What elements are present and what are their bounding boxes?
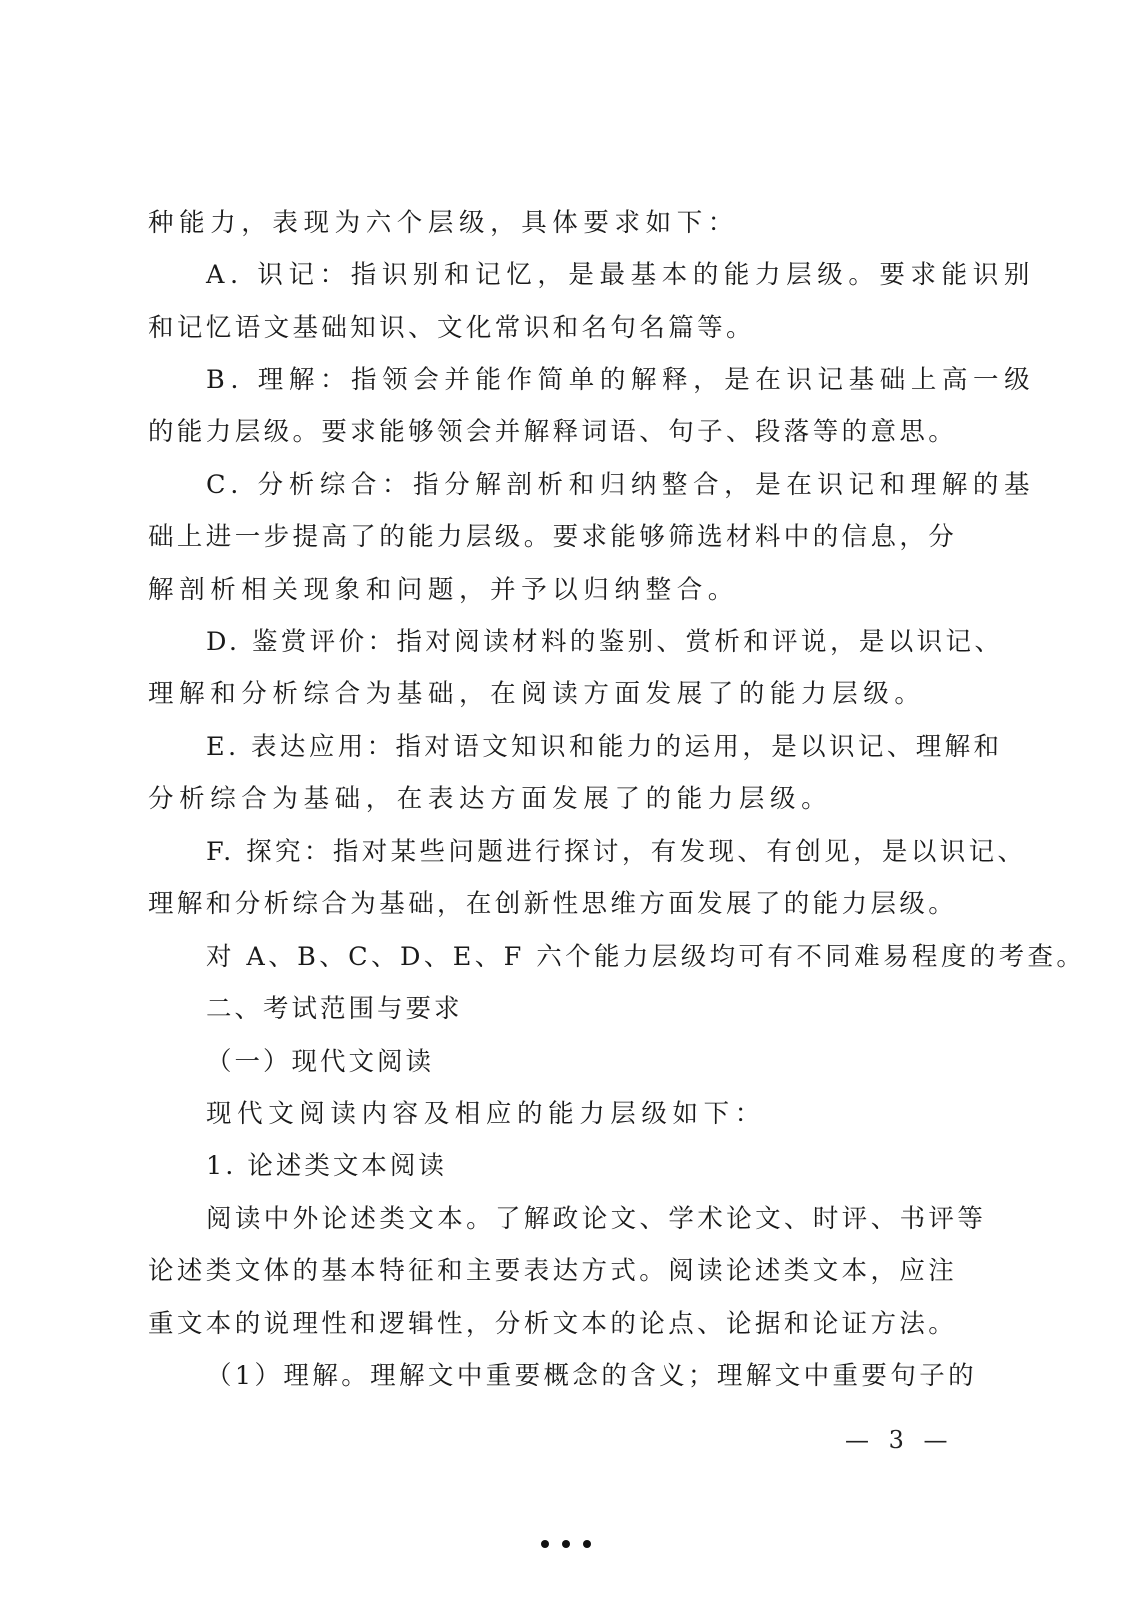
more-options-icon[interactable] xyxy=(541,1537,591,1551)
text-line: 础上进一步提高了的能力层级。要求能够筛选材料中的信息，分 xyxy=(148,520,957,554)
text-line: 理解和分析综合为基础，在阅读方面发展了的能力层级。 xyxy=(148,677,926,711)
text-line: 和记忆语文基础知识、文化常识和名句名篇等。 xyxy=(148,311,755,345)
dot-icon xyxy=(583,1540,591,1548)
text-line: 的能力层级。要求能够领会并解释词语、句子、段落等的意思。 xyxy=(148,415,957,449)
dot-icon xyxy=(541,1540,549,1548)
text-line: 阅读中外论述类文本。了解政论文、学术论文、时评、书评等 xyxy=(206,1202,986,1236)
text-line: 重文本的说理性和逻辑性，分析文本的论点、论据和论证方法。 xyxy=(148,1307,957,1341)
sub-item-understanding: （1）理解。理解文中重要概念的含义；理解文中重要句子的 xyxy=(206,1359,977,1393)
level-a-recall: A. 识记：指识别和记忆，是最基本的能力层级。要求能识别 xyxy=(206,258,1035,292)
text-line: 分析综合为基础，在表达方面发展了的能力层级。 xyxy=(148,782,832,816)
item-heading-argumentative-reading: 1. 论述类文本阅读 xyxy=(206,1149,447,1183)
dot-icon xyxy=(562,1540,570,1548)
text-line: 现代文阅读内容及相应的能力层级如下： xyxy=(206,1097,766,1131)
text-line: 论述类文体的基本特征和主要表达方式。阅读论述类文本，应注 xyxy=(148,1254,957,1288)
level-e-expression: E. 表达应用：指对语文知识和能力的运用，是以识记、理解和 xyxy=(206,730,1002,764)
page-number: — 3 — xyxy=(845,1425,954,1455)
section-heading-scope: 二、考试范围与要求 xyxy=(206,992,463,1026)
document-page: 种能力，表现为六个层级，具体要求如下： A. 识记：指识别和记忆，是最基本的能力… xyxy=(0,0,1131,1600)
level-b-understanding: B. 理解：指领会并能作简单的解释，是在识记基础上高一级 xyxy=(206,363,1035,397)
text-line: 解剖析相关现象和问题，并予以归纳整合。 xyxy=(148,573,739,607)
level-f-inquiry: F. 探究：指对某些问题进行探讨，有发现、有创见，是以识记、 xyxy=(206,835,1026,869)
text-line-continuation: 种能力，表现为六个层级，具体要求如下： xyxy=(148,206,739,240)
level-c-analysis: C. 分析综合：指分解剖析和归纳整合，是在识记和理解的基 xyxy=(206,468,1035,502)
subsection-heading-modern-reading: （一）现代文阅读 xyxy=(206,1045,434,1079)
text-line: 理解和分析综合为基础，在创新性思维方面发展了的能力层级。 xyxy=(148,887,957,921)
level-d-appreciation: D. 鉴赏评价：指对阅读材料的鉴别、赏析和评说，是以识记、 xyxy=(206,625,1003,659)
levels-summary: 对 A、B、C、D、E、F 六个能力层级均可有不同难易程度的考查。 xyxy=(206,940,1085,974)
